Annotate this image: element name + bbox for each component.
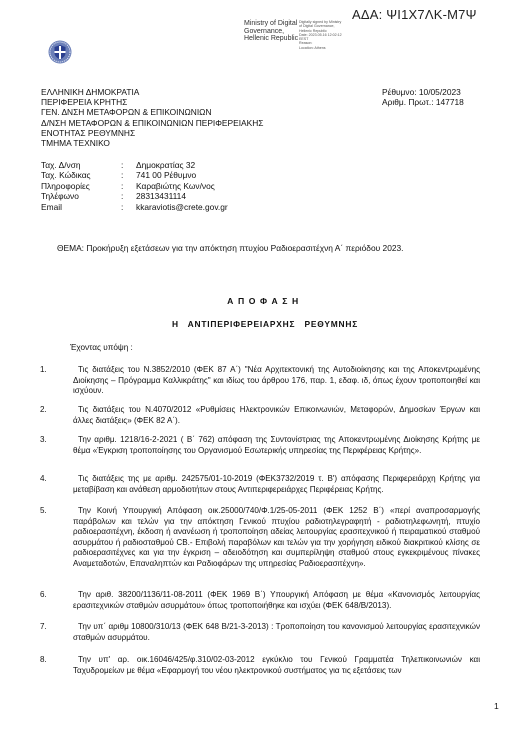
document-date: Ρέθυμνο: 10/05/2023	[382, 87, 464, 97]
contact-row-info: Πληροφορίες : Καραβιώτης Κων/νος	[41, 181, 228, 191]
document-meta: Ρέθυμνο: 10/05/2023 Αριθμ. Πρωτ.: 147718	[382, 87, 464, 107]
header-line: Δ/ΝΣΗ ΜΕΤΑΦΟΡΩΝ & ΕΠΙΚΟΙΝΩΝΙΩΝ ΠΕΡΙΦΕΡΕΙ…	[41, 118, 263, 128]
header-line: ΠΕΡΙΦΕΡΕΙΑ ΚΡΗΤΗΣ	[41, 97, 263, 107]
list-item: 1. Τις διατάξεις του Ν.3852/2010 (ΦΕΚ 87…	[40, 365, 480, 397]
list-item: 7. Την υπ΄ αριθμ 10800/310/13 (ΦΕΚ 648 Β…	[40, 622, 480, 643]
considering-intro: Έχοντας υπόψη :	[70, 343, 133, 352]
list-item: 6. Την αριθ. 38200/1136/11-08-2011 (ΦΕΚ …	[40, 590, 480, 611]
signature-organization: Ministry of Digital Governance, Hellenic…	[244, 20, 298, 43]
authority-title: Η ΑΝΤΙΠΕΡΙΦΕΡΕΙΑΡΧΗΣ ΡΕΘΥΜΝΗΣ	[0, 319, 530, 329]
digital-signature-details: Digitally signed by Ministry of Digital …	[299, 20, 359, 50]
list-item: 4. Τις διατάξεις της με αριθμ. 242575/01…	[40, 474, 480, 495]
signature-org-line: Governance,	[244, 28, 298, 36]
contact-row-address: Ταχ. Δ/νση : Δημοκρατίας 32	[41, 160, 228, 170]
document-subject: ΘΕΜΑ: Προκήρυξη εξετάσεων για την απόκτη…	[57, 243, 404, 253]
contact-row-phone: Τηλέφωνο : 28313431114	[41, 191, 228, 201]
signature-org-line: Ministry of Digital	[244, 20, 298, 28]
list-item: 5. Την Κοινή Υπουργική Απόφαση οικ.25000…	[40, 506, 480, 569]
header-line: ΕΝΟΤΗΤΑΣ ΡΕΘΥΜΝΗΣ	[41, 128, 263, 138]
ada-code: ΑΔΑ: ΨΙ1Χ7ΛΚ-Μ7Ψ	[352, 7, 477, 22]
page-number: 1	[494, 701, 499, 711]
issuing-authority-header: ΕΛΛΗΝΙΚΗ ΔΗΜΟΚΡΑΤΙΑ ΠΕΡΙΦΕΡΕΙΑ ΚΡΗΤΗΣ ΓΕ…	[41, 87, 263, 148]
contact-row-postcode: Ταχ. Κώδικας : 741 00 Ρέθυμνο	[41, 170, 228, 180]
contact-row-email: Email : kkaraviotis@crete.gov.gr	[41, 202, 228, 212]
signature-detail-line: Location: Athens	[299, 46, 359, 50]
protocol-number: Αριθμ. Πρωτ.: 147718	[382, 97, 464, 107]
decision-title: ΑΠΟΦΑΣΗ	[0, 296, 530, 306]
greek-emblem-icon	[48, 40, 72, 64]
list-item: 3. Την αριθμ. 1218/16-2-2021 ( Β΄ 762) α…	[40, 435, 480, 456]
list-item: 2. Τις διατάξεις του Ν.4070/2012 «Ρυθμίσ…	[40, 405, 480, 426]
header-line: ΤΜΗΜΑ ΤΕΧΝΙΚΟ	[41, 138, 263, 148]
contact-info: Ταχ. Δ/νση : Δημοκρατίας 32 Ταχ. Κώδικας…	[41, 160, 228, 212]
email-link[interactable]: kkaraviotis@crete.gov.gr	[136, 202, 228, 212]
header-line: ΕΛΛΗΝΙΚΗ ΔΗΜΟΚΡΑΤΙΑ	[41, 87, 263, 97]
signature-org-line: Hellenic Republic	[244, 35, 298, 43]
list-item: 8. Την υπ' αρ. οικ.16046/425/φ.310/02-03…	[40, 655, 480, 676]
header-line: ΓΕΝ. ΔΝΣΗ ΜΕΤΑΦΟΡΩΝ & ΕΠΙΚΟΙΝΩΝΙΩΝ	[41, 107, 263, 117]
